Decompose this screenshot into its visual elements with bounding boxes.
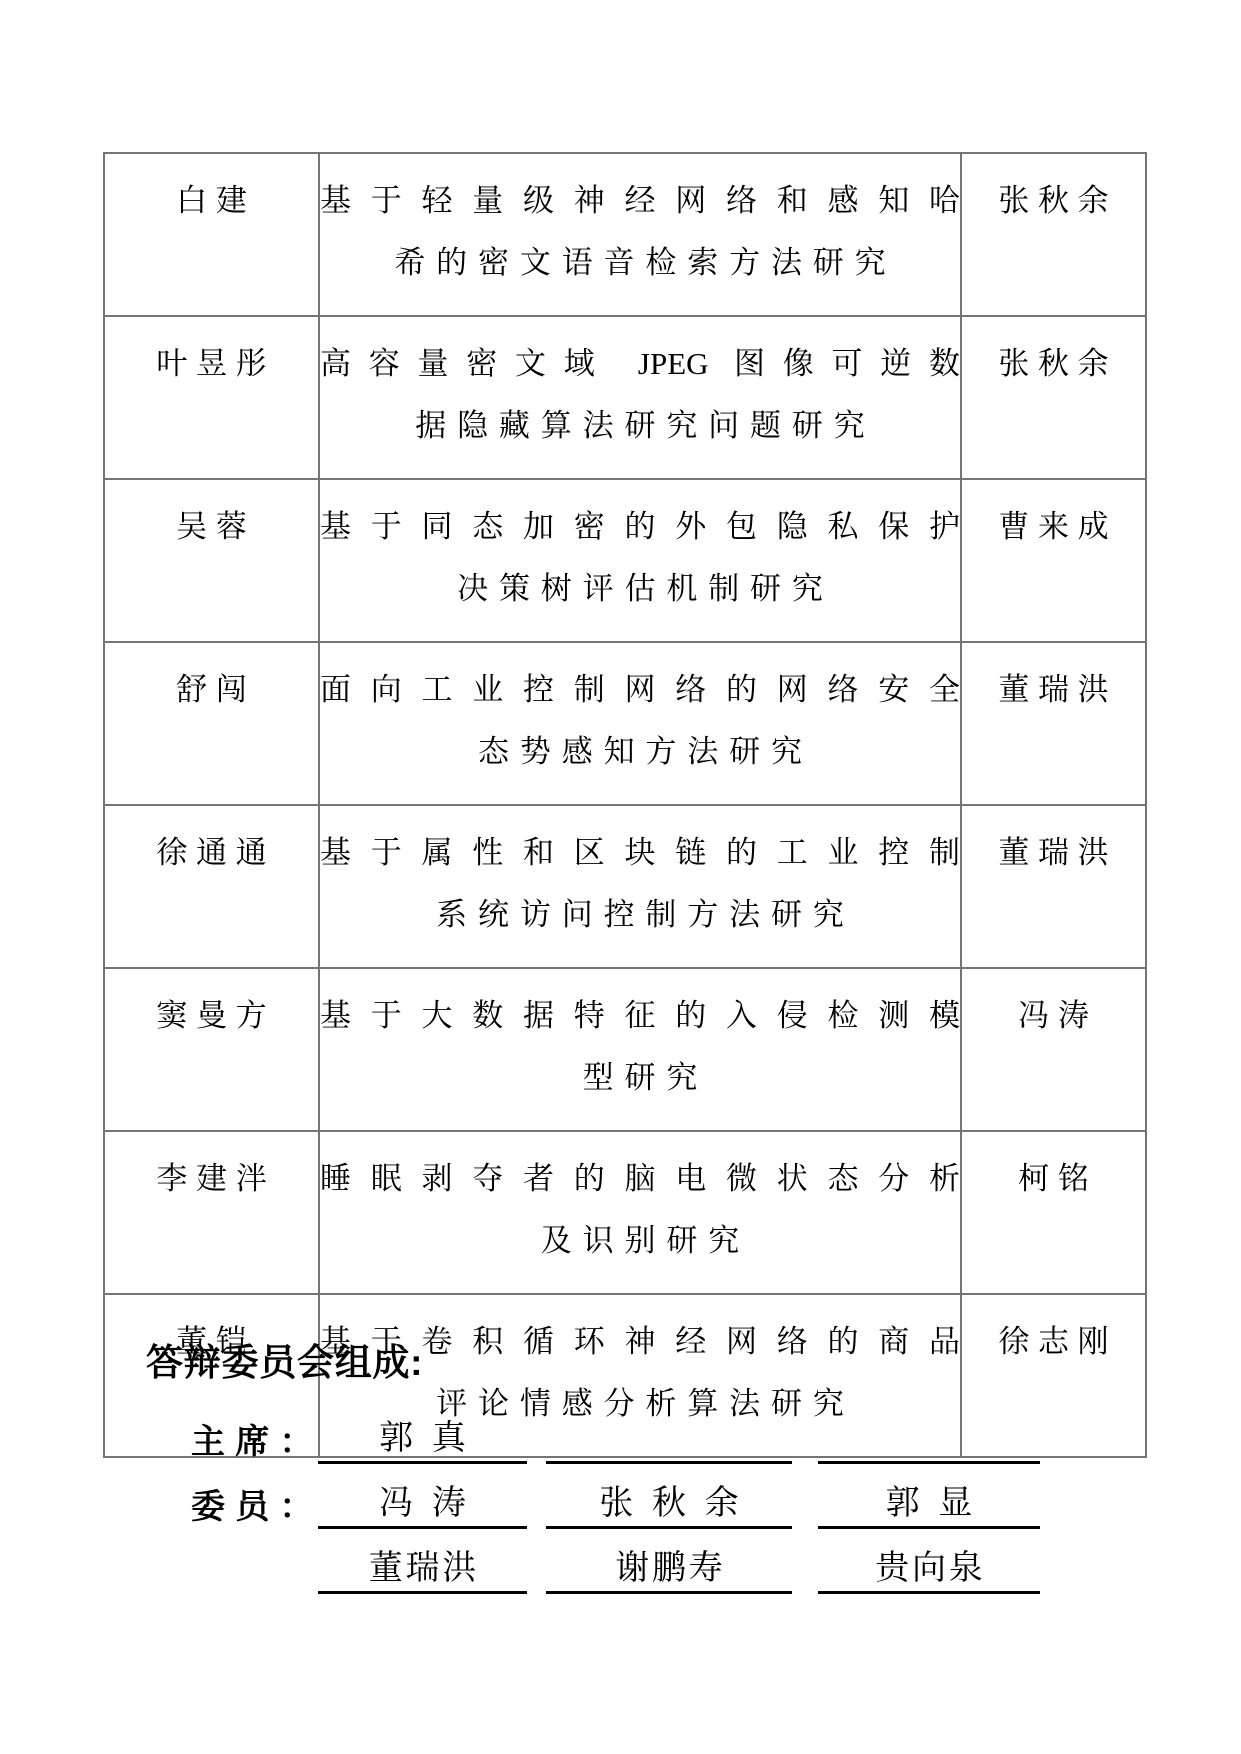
thesis-title-cell: 高容量密文域 JPEG 图像可逆数 据隐藏算法研究问题研究 [319,316,961,479]
chair-blank-3 [818,1409,1040,1464]
advisor-name-cell: 曹来成 [961,479,1146,642]
thesis-title-line1: 基于同态加密的外包隐私保护 [320,496,960,558]
member-blank-2: 张秋余 [546,1474,792,1529]
table-row: 窦曼方 基于大数据特征的入侵检测模 型研究 冯涛 [104,968,1146,1131]
student-name-cell: 徐通通 [104,805,319,968]
member-blank-6: 贵向泉 [818,1539,1040,1594]
advisor-name-cell: 张秋余 [961,316,1146,479]
thesis-title-line2: 希的密文语音检索方法研究 [320,232,960,294]
student-name-cell: 舒闯 [104,642,319,805]
thesis-title-line1: 基于轻量级神经网络和感知哈 [320,170,960,232]
chair-label: 主席： [191,1414,324,1463]
committee-heading: 答辩委员会组成: [146,1341,423,1385]
student-name-cell: 叶昱彤 [104,316,319,479]
thesis-title-cell: 面向工业控制网络的网络安全 态势感知方法研究 [319,642,961,805]
members-row-1: 委员： 冯涛 张秋余 郭显 [0,1477,1241,1529]
chair-row: 主席： 郭真 [0,1412,1241,1464]
table-row: 叶昱彤 高容量密文域 JPEG 图像可逆数 据隐藏算法研究问题研究 张秋余 [104,316,1146,479]
thesis-title-cell: 基于同态加密的外包隐私保护 决策树评估机制研究 [319,479,961,642]
document-page: 白建 基于轻量级神经网络和感知哈 希的密文语音检索方法研究 张秋余 叶昱彤 高容… [0,0,1241,1754]
table-row: 舒闯 面向工业控制网络的网络安全 态势感知方法研究 董瑞洪 [104,642,1146,805]
thesis-title-cell: 基于轻量级神经网络和感知哈 希的密文语音检索方法研究 [319,153,961,316]
advisor-name-cell: 柯铭 [961,1131,1146,1294]
advisor-name-cell: 冯涛 [961,968,1146,1131]
member-blank-4: 董瑞洪 [318,1539,527,1594]
thesis-title-line2: 据隐藏算法研究问题研究 [320,395,960,457]
thesis-title-line2: 系统访问控制方法研究 [320,884,960,946]
table-row: 吴蓉 基于同态加密的外包隐私保护 决策树评估机制研究 曹来成 [104,479,1146,642]
thesis-title-line2: 态势感知方法研究 [320,721,960,783]
thesis-title-line2: 型研究 [320,1047,960,1109]
student-name-cell: 李建泮 [104,1131,319,1294]
table-row: 李建泮 睡眠剥夺者的脑电微状态分析 及识别研究 柯铭 [104,1131,1146,1294]
table-row: 白建 基于轻量级神经网络和感知哈 希的密文语音检索方法研究 张秋余 [104,153,1146,316]
thesis-title-line2: 决策树评估机制研究 [320,558,960,620]
member-blank-5: 谢鹏寿 [546,1539,792,1594]
chair-blank-2 [546,1409,792,1464]
member-blank-1: 冯涛 [318,1474,527,1529]
advisor-name-cell: 董瑞洪 [961,805,1146,968]
table-row: 徐通通 基于属性和区块链的工业控制 系统访问控制方法研究 董瑞洪 [104,805,1146,968]
defense-table: 白建 基于轻量级神经网络和感知哈 希的密文语音检索方法研究 张秋余 叶昱彤 高容… [103,152,1147,1458]
student-name-cell: 白建 [104,153,319,316]
thesis-title-line2: 及识别研究 [320,1210,960,1272]
thesis-title-line1: 基于属性和区块链的工业控制 [320,822,960,884]
student-name-cell: 吴蓉 [104,479,319,642]
chair-blank-1: 郭真 [318,1409,527,1464]
advisor-name-cell: 董瑞洪 [961,642,1146,805]
member-blank-3: 郭显 [818,1474,1040,1529]
thesis-title-line1: 睡眠剥夺者的脑电微状态分析 [320,1148,960,1210]
thesis-title-cell: 睡眠剥夺者的脑电微状态分析 及识别研究 [319,1131,961,1294]
thesis-title-cell: 基于大数据特征的入侵检测模 型研究 [319,968,961,1131]
thesis-title-line1: 面向工业控制网络的网络安全 [320,659,960,721]
thesis-title-line1: 基于大数据特征的入侵检测模 [320,985,960,1047]
members-label: 委员： [191,1479,324,1528]
members-row-2: 董瑞洪 谢鹏寿 贵向泉 [0,1542,1241,1594]
thesis-title-cell: 基于属性和区块链的工业控制 系统访问控制方法研究 [319,805,961,968]
thesis-title-line1: 高容量密文域 JPEG 图像可逆数 [320,333,960,395]
advisor-name-cell: 张秋余 [961,153,1146,316]
student-name-cell: 窦曼方 [104,968,319,1131]
